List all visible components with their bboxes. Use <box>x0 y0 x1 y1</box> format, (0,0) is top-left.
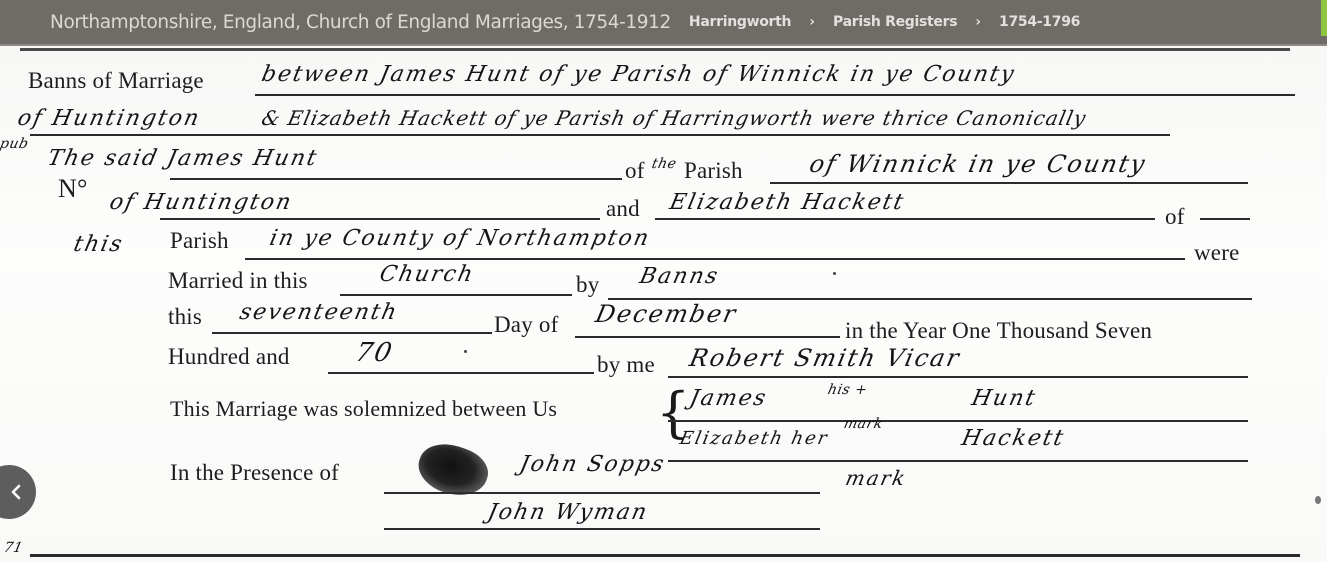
record-image-viewer[interactable]: Banns of Marriage between James Hunt of … <box>0 46 1327 562</box>
handwritten-bride-margin: this <box>71 232 126 257</box>
scan-speck <box>833 272 836 275</box>
handwritten-banns-line-2b: & Elizabeth Hackett of ye Parish of Harr… <box>259 106 1088 130</box>
fill-line <box>340 294 572 296</box>
printed-year-label: in the Year One Thousand Seven <box>845 318 1152 344</box>
handwritten-groom-signature-first: James <box>687 386 769 411</box>
handwritten-banns-line-1: between James Hunt of ye Parish of Winni… <box>259 62 1018 87</box>
handwritten-bride-name: Elizabeth Hackett <box>667 190 907 215</box>
printed-parish-label: Parish <box>170 228 229 254</box>
printed-number-label: N° <box>58 174 88 204</box>
chevron-left-icon <box>10 484 22 500</box>
breadcrumb: Harringworth › Parish Registers › 1754-1… <box>689 14 1080 30</box>
printed-and-label: and <box>606 196 640 222</box>
fill-line <box>30 134 1170 136</box>
handwritten-banns-line-2a: of Huntington <box>15 106 203 131</box>
handwritten-groom-mark: his + <box>826 382 869 398</box>
handwritten-witness-1: John Sopps <box>517 452 667 477</box>
printed-were-label: were <box>1194 240 1240 266</box>
fill-line <box>245 258 1185 260</box>
printed-by-me-label: by me <box>597 352 655 378</box>
document-top-rule <box>20 48 1290 51</box>
handwritten-bottom-margin: 71 <box>2 540 24 556</box>
handwritten-day-value: seventeenth <box>237 300 400 325</box>
fill-line <box>328 372 594 374</box>
handwritten-bride-mark: mark <box>842 416 884 432</box>
breadcrumb-separator-icon: › <box>975 14 981 30</box>
handwritten-bride-signature-first: Elizabeth her <box>678 428 831 449</box>
fill-line <box>212 332 492 334</box>
printed-by-label: by <box>576 272 599 298</box>
fill-line <box>668 420 1248 422</box>
handwritten-married-in-value: Church <box>377 262 477 287</box>
printed-presence-label: In the Presence of <box>170 460 339 486</box>
handwritten-year-value: 70 <box>353 338 396 368</box>
fill-line <box>655 218 1155 220</box>
fill-line <box>170 178 622 180</box>
scan-speck <box>1315 496 1321 504</box>
brand-accent-strip <box>1321 0 1327 36</box>
breadcrumb-item-date-range[interactable]: 1754-1796 <box>999 14 1080 30</box>
fill-line <box>160 218 600 220</box>
fill-line <box>575 336 840 338</box>
handwritten-groom-signature-last: Hunt <box>969 386 1039 411</box>
breadcrumb-separator-icon: › <box>809 14 815 30</box>
printed-day-of-label: Day of <box>494 312 558 338</box>
fill-line <box>384 528 820 530</box>
printed-banns-label: Banns of Marriage <box>28 68 204 94</box>
fill-line <box>255 94 1295 96</box>
printed-parish-label: Parish <box>684 158 743 184</box>
printed-this-label: this <box>168 304 202 330</box>
fill-line <box>770 182 1248 184</box>
fill-line <box>384 492 820 494</box>
handwritten-month-value: December <box>593 300 740 328</box>
handwritten-the: the <box>650 156 678 172</box>
handwritten-groom-parish: of Winnick in ye County <box>807 150 1149 178</box>
handwritten-by-value: Banns <box>637 264 721 289</box>
handwritten-bride-mark-below: mark <box>843 466 909 490</box>
handwritten-groom-name: The said James Hunt <box>45 146 320 171</box>
fill-line <box>1200 218 1250 220</box>
scan-speck <box>464 350 467 353</box>
handwritten-witness-2: John Wyman <box>485 500 650 525</box>
handwritten-officiant: Robert Smith Vicar <box>687 344 963 372</box>
fill-line <box>668 460 1248 462</box>
handwritten-bride-parish: in ye County of Northampton <box>267 226 652 251</box>
printed-hundred-and-label: Hundred and <box>168 344 290 370</box>
record-header-bar: Northamptonshire, England, Church of Eng… <box>0 0 1327 46</box>
printed-of-label: of <box>625 158 645 184</box>
fill-line <box>668 376 1248 378</box>
breadcrumb-item-record-type[interactable]: Parish Registers <box>833 14 957 30</box>
handwritten-groom-county: of Huntington <box>107 190 295 215</box>
printed-married-in-label: Married in this <box>168 268 308 294</box>
handwritten-margin-note: pub <box>0 136 30 152</box>
printed-solemnized-label: This Marriage was solemnized between Us <box>170 396 557 422</box>
collection-title[interactable]: Northamptonshire, England, Church of Eng… <box>50 12 671 33</box>
printed-of-label: of <box>1165 204 1185 230</box>
breadcrumb-item-location[interactable]: Harringworth <box>689 14 791 30</box>
handwritten-bride-signature-last: Hackett <box>959 426 1067 451</box>
document-bottom-rule <box>30 554 1300 557</box>
